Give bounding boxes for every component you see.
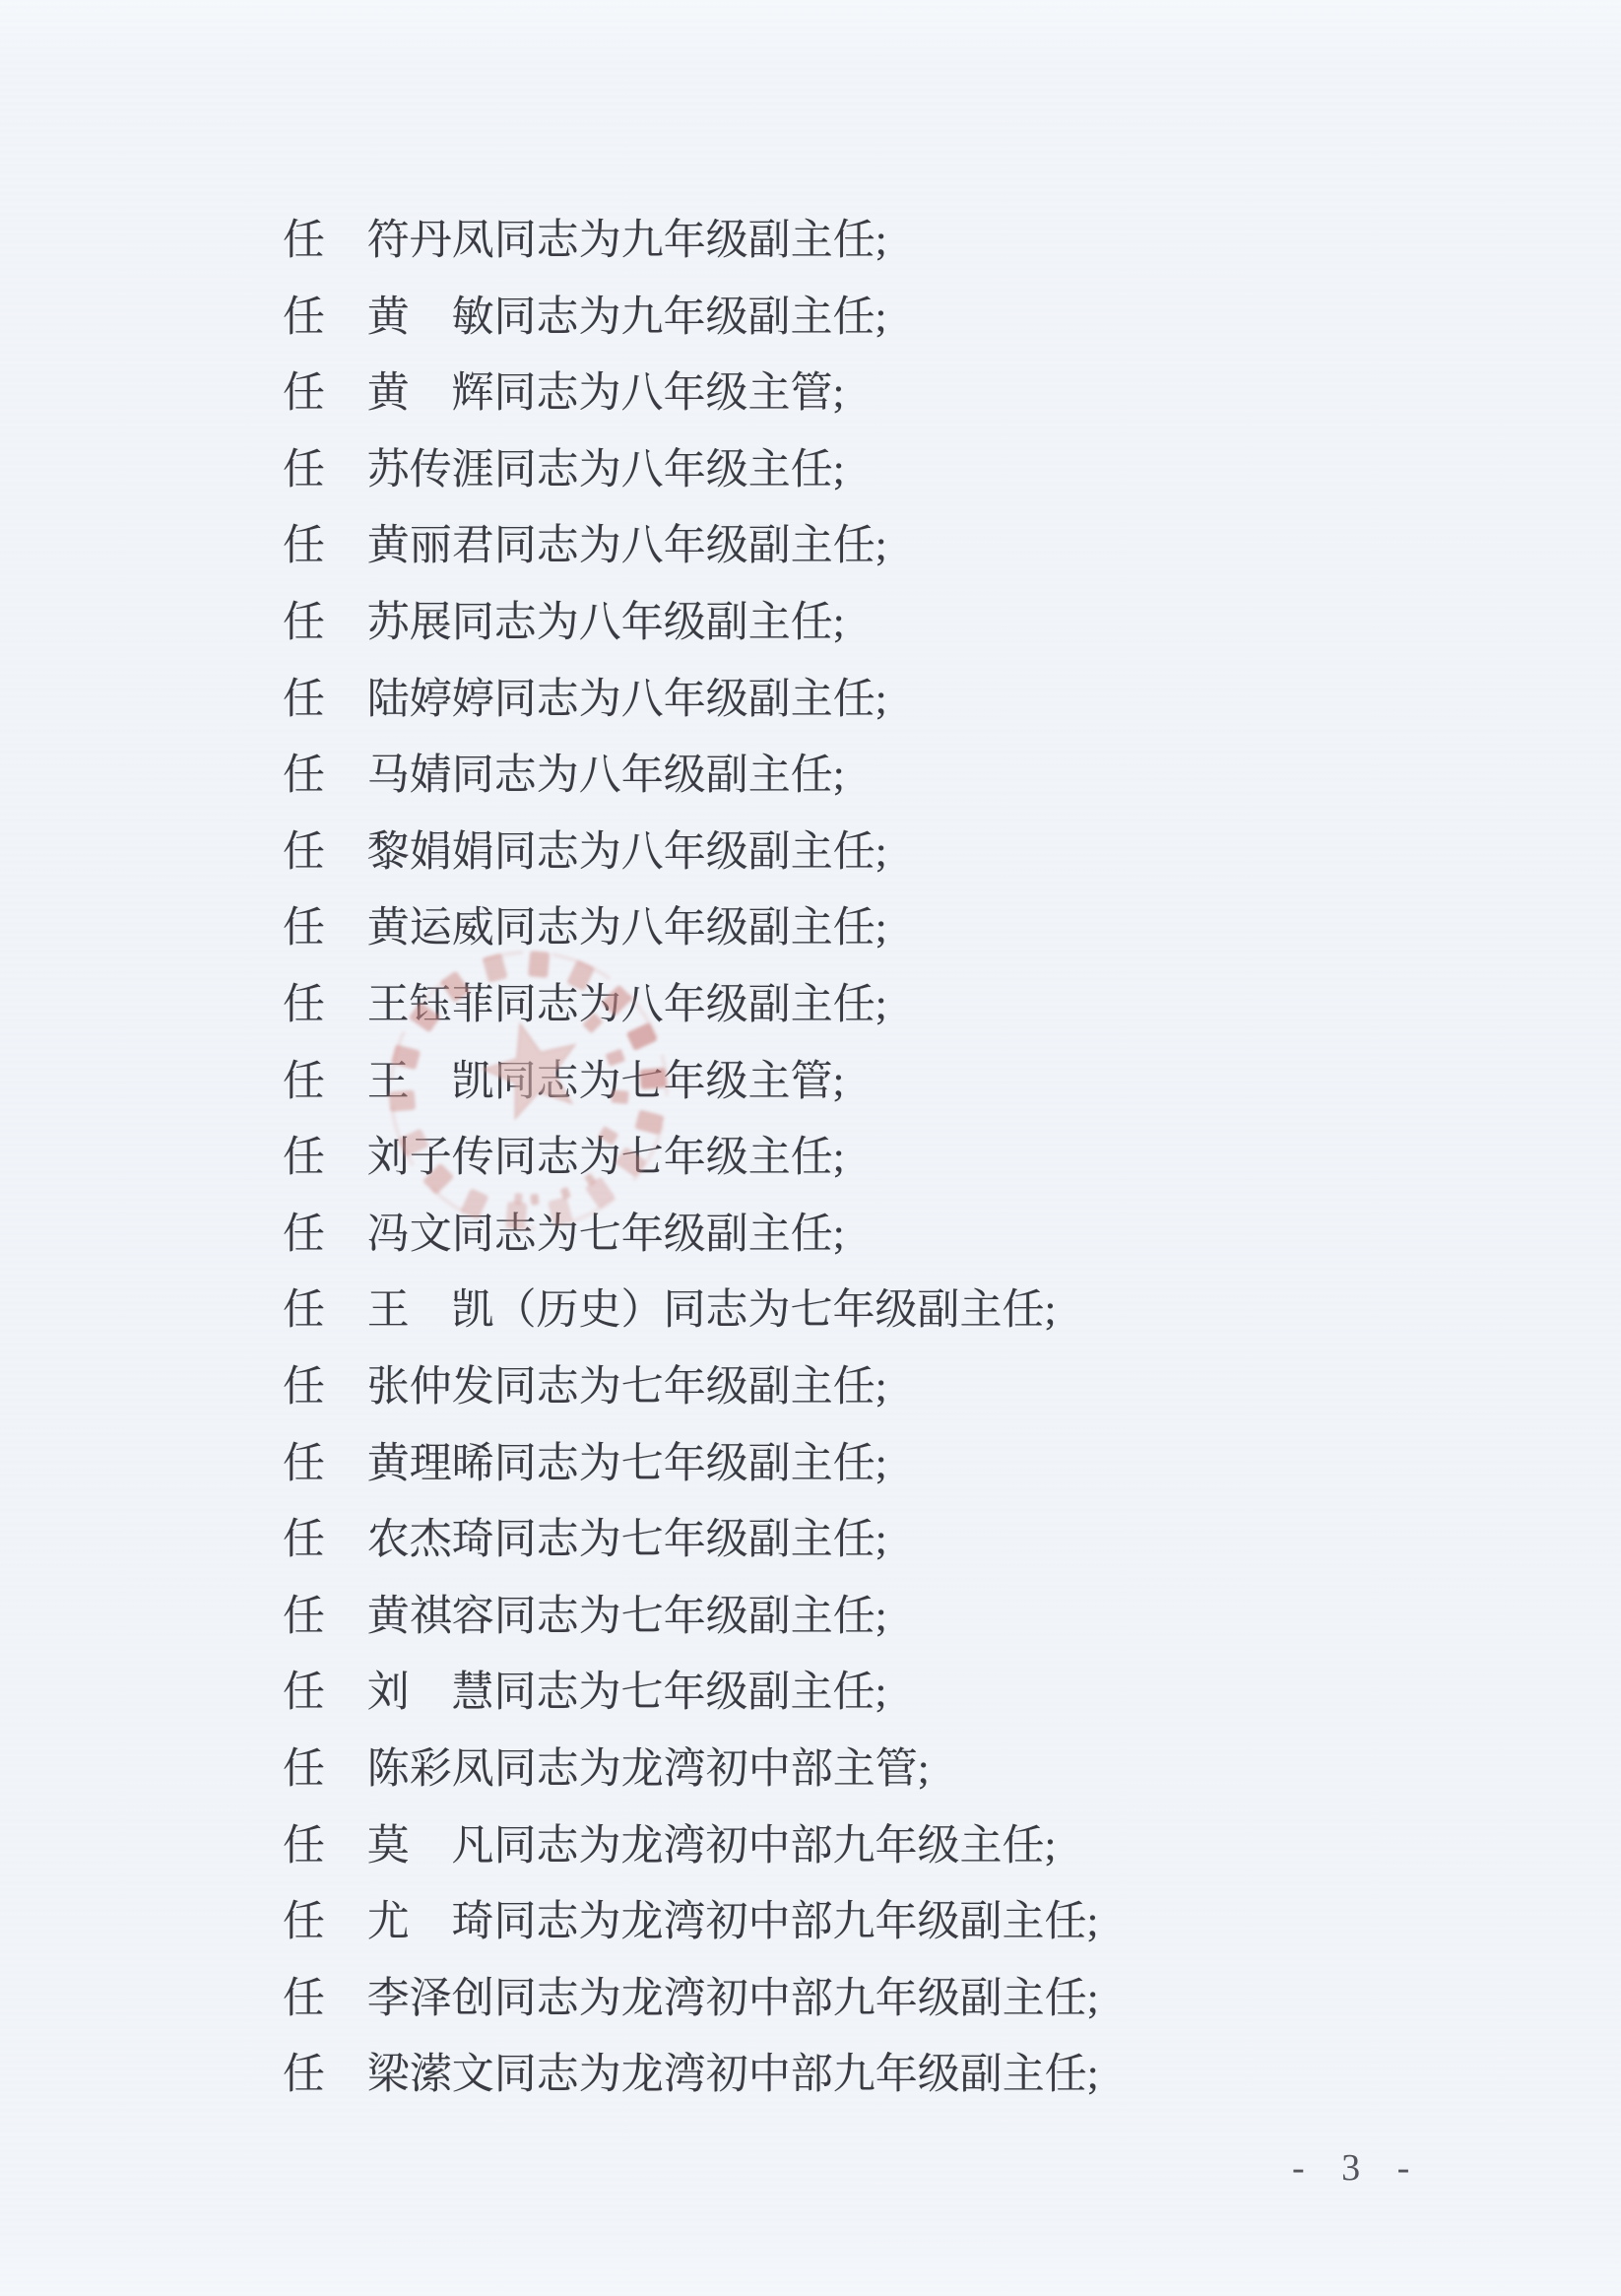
appointment-line: 任 黄丽君同志为八年级副主任; xyxy=(283,525,887,567)
document-page: 任 符丹凤同志为九年级副主任; 任 黄 敏同志为九年级副主任; 任 黄 辉同志为… xyxy=(0,0,1621,2296)
appointment-line: 任 农杰琦同志为七年级副主任; xyxy=(283,1519,887,1561)
appointment-line: 任 黎娟娟同志为八年级副主任; xyxy=(283,831,887,874)
appointment-line: 任 李泽创同志为龙湾初中部九年级副主任; xyxy=(283,1978,1099,2020)
appointment-line: 任 尤 琦同志为龙湾初中部九年级副主任; xyxy=(283,1901,1098,1943)
appointment-line: 任 张仲发同志为七年级副主任; xyxy=(283,1366,887,1409)
appointment-line: 任 王 凯同志为七年级主管; xyxy=(283,1061,844,1103)
appointment-line: 任 陈彩凤同志为龙湾初中部主管; xyxy=(283,1748,930,1791)
appointment-line: 任 刘子传同志为七年级主任; xyxy=(283,1137,845,1179)
appointment-line: 任 陆婷婷同志为八年级副主任; xyxy=(283,679,887,721)
appointment-line: 任 莫 凡同志为龙湾初中部九年级主任; xyxy=(283,1825,1056,1868)
appointment-line: 任 马婧同志为八年级副主任; xyxy=(283,754,845,797)
appointment-line: 任 苏展同志为八年级副主任; xyxy=(283,602,845,644)
appointment-line: 任 苏传涯同志为八年级主任; xyxy=(283,449,845,492)
appointment-line: 任 黄 敏同志为九年级副主任; xyxy=(283,296,886,339)
appointment-line: 任 黄祺容同志为七年级副主任; xyxy=(283,1596,887,1638)
appointment-line: 任 黄理晞同志为七年级副主任; xyxy=(283,1443,887,1485)
appointment-line: 任 梁潆文同志为龙湾初中部九年级副主任; xyxy=(283,2054,1099,2096)
appointment-line: 任 王 凯（历史）同志为七年级副主任; xyxy=(283,1289,1056,1332)
appointment-line: 任 王钰菲同志为八年级副主任; xyxy=(283,984,887,1026)
page-number: - 3 - xyxy=(1292,2149,1423,2187)
appointment-line: 任 黄运威同志为八年级副主任; xyxy=(283,907,887,950)
appointment-line: 任 符丹凤同志为九年级副主任; xyxy=(283,220,887,262)
appointment-line: 任 冯文同志为七年级副主任; xyxy=(283,1214,845,1256)
appointment-line: 任 刘 慧同志为七年级副主任; xyxy=(283,1672,886,1714)
appointment-line: 任 黄 辉同志为八年级主管; xyxy=(283,372,844,415)
